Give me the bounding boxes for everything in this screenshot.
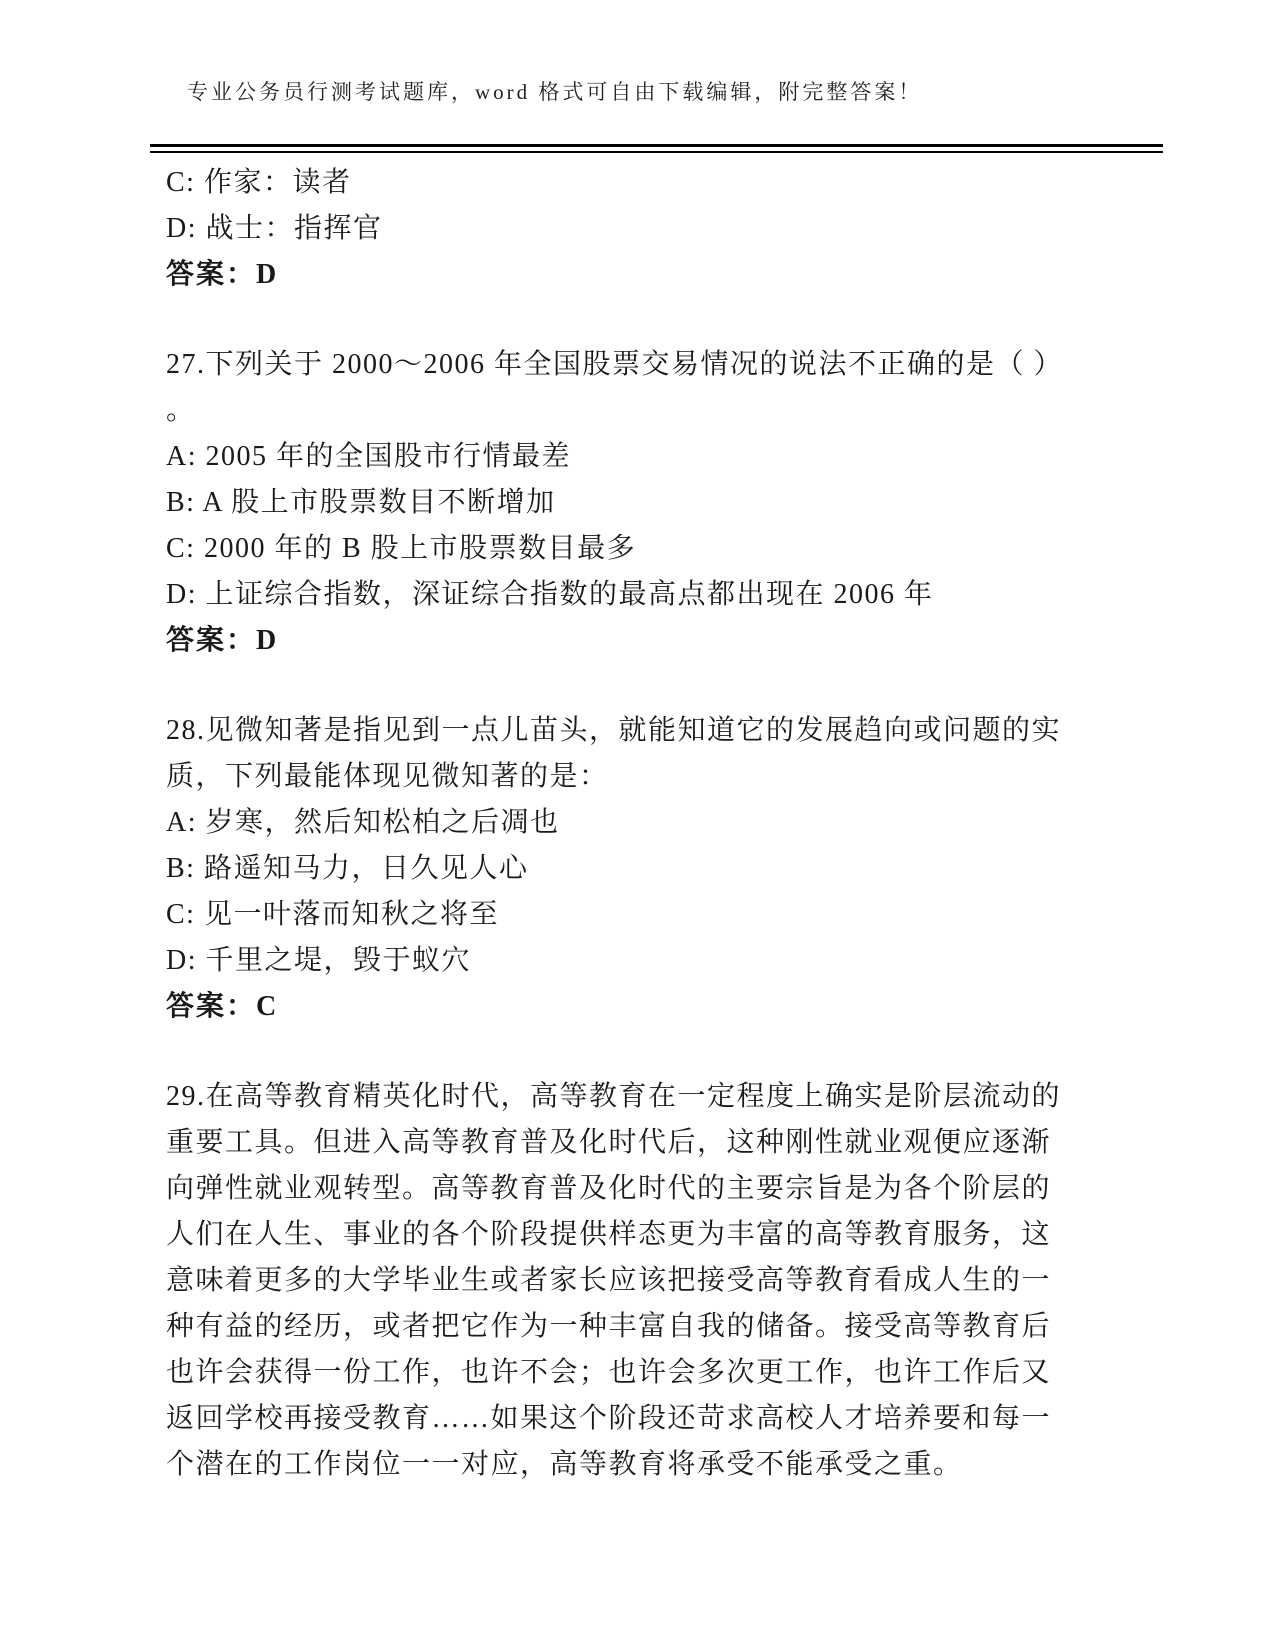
answer-line: 答案：D [166,252,1126,298]
answer-line: 答案：D [166,618,1126,664]
header-divider [150,144,1163,153]
question-line: 也许会获得一份工作，也许不会；也许会多次更工作，也许工作后又 [166,1350,1126,1396]
question-line: 意味着更多的大学毕业生或者家长应该把接受高等教育看成人生的一 [166,1258,1126,1304]
question-line: 向弹性就业观转型。高等教育普及化时代的主要宗旨是为各个阶层的 [166,1166,1126,1212]
question-line: 个潜在的工作岗位一一对应，高等教育将承受不能承受之重。 [166,1442,1126,1488]
question-line: 质，下列最能体现见微知著的是： [166,754,1126,800]
question-line: 返回学校再接受教育……如果这个阶段还苛求高校人才培养要和每一 [166,1396,1126,1442]
question-26-tail: C: 作家：读者D: 战士：指挥官答案：D [166,160,1126,298]
question-line: 重要工具。但进入高等教育普及化时代后，这种刚性就业观便应逐渐 [166,1120,1126,1166]
answer-line: 答案：C [166,984,1126,1030]
option-line: C: 作家：读者 [166,160,1126,206]
option-line: D: 千里之堤，毁于蚁穴 [166,938,1126,984]
question-line: 28.见微知著是指见到一点儿苗头，就能知道它的发展趋向或问题的实 [166,708,1126,754]
page-header-note: 专业公务员行测考试题库，word 格式可自由下载编辑，附完整答案！ [187,76,922,106]
question-27: 27.下列关于 2000～2006 年全国股票交易情况的说法不正确的是（ ）。A… [166,342,1126,664]
option-line: B: 路遥知马力，日久见人心 [166,846,1126,892]
question-line: 29.在高等教育精英化时代，高等教育在一定程度上确实是阶层流动的 [166,1074,1126,1120]
option-line: B: A 股上市股票数目不断增加 [166,480,1126,526]
option-line: C: 2000 年的 B 股上市股票数目最多 [166,526,1126,572]
option-line: D: 战士：指挥官 [166,206,1126,252]
option-line: A: 岁寒，然后知松柏之后凋也 [166,800,1126,846]
question-line: 。 [166,388,1126,434]
question-line: 种有益的经历，或者把它作为一种丰富自我的储备。接受高等教育后 [166,1304,1126,1350]
question-line: 27.下列关于 2000～2006 年全国股票交易情况的说法不正确的是（ ） [166,342,1126,388]
document-page: 专业公务员行测考试题库，word 格式可自由下载编辑，附完整答案！ C: 作家：… [0,0,1275,1650]
option-line: C: 见一叶落而知秋之将至 [166,892,1126,938]
question-28: 28.见微知著是指见到一点儿苗头，就能知道它的发展趋向或问题的实质，下列最能体现… [166,708,1126,1030]
option-line: A: 2005 年的全国股市行情最差 [166,434,1126,480]
question-29: 29.在高等教育精英化时代，高等教育在一定程度上确实是阶层流动的重要工具。但进入… [166,1074,1126,1488]
document-body: C: 作家：读者D: 战士：指挥官答案：D27.下列关于 2000～2006 年… [166,160,1126,1532]
option-line: D: 上证综合指数，深证综合指数的最高点都出现在 2006 年 [166,572,1126,618]
question-line: 人们在人生、事业的各个阶段提供样态更为丰富的高等教育服务，这 [166,1212,1126,1258]
